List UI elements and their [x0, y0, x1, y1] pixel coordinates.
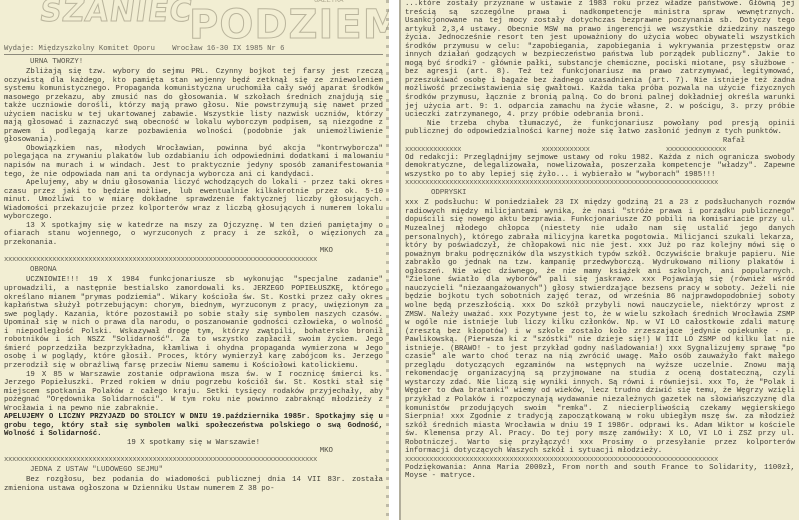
paragraph: APELUJEMY O LICZNY PRZYJAZD DO STOLICY W… [4, 413, 383, 439]
paragraph: Obowiązkiem nas, młodych Wrocławian, pow… [4, 145, 383, 179]
paragraph: Nie trzeba chyba tłumaczyć, że funkcjona… [405, 120, 795, 137]
article-law-continued: ...które zostały przyznane w ustawie z 1… [405, 0, 795, 146]
article-title: JEDNA Z USTAW "LUDOWEGO SEJMU" [30, 466, 383, 475]
separator: xxxxxxxxxxxxxxx [666, 146, 726, 154]
right-page-scan: ...które zostały przyznane w ustawie z 1… [399, 0, 799, 520]
separator: xxxxxxxxxxxxxx [405, 146, 461, 154]
article-title: OBRONA [30, 266, 383, 275]
article-signature: MKO [4, 247, 383, 256]
masthead-title-right: PODZIEMIA [189, 2, 389, 48]
left-page-scan: SZANIEC GAZETKA PODZIEMIA Wydaje: Między… [0, 0, 389, 520]
paragraph: UCZNIOWIE!!! 19 X 1984 funkcjonariusze s… [4, 276, 383, 370]
donations-note: Podziękowania: Anna Maria 2000zł, From n… [405, 464, 795, 481]
paragraph: 19 X 85 w Warszawie zostanie odprawiona … [4, 371, 383, 414]
paragraph: 13 X spotkajmy się w katedrze na mszy za… [4, 222, 383, 248]
editorial-note: Od redakcji: Przeglądnijmy sejmowe ustaw… [405, 154, 795, 180]
separator: xxxxxxxxxxxxxxxxxxxxxxxxxxxxxxxxxxxxxxxx… [405, 456, 795, 464]
separator: xxxxxxxxxxxxxxxxxxxxxxxxxxxxxxxxxxxxxxxx… [4, 256, 383, 264]
article-news: ODPRYSKI xxx Z podsłuchu: W poniedziałek… [405, 189, 795, 455]
separator: xxxxxxxxxxxxxxxxxxxxxxxxxxxxxxxxxxxxxxxx… [4, 456, 383, 464]
article-law: JEDNA Z USTAW "LUDOWEGO SEJMU" Bez rozgł… [4, 466, 383, 493]
separator: xxxxxxxxxxxx [541, 146, 589, 154]
paragraph: Zbliżają się tzw. wybory do sejmu PRL. C… [4, 68, 383, 145]
paragraph: Bez rozgłosu, bez podania do wiadomości … [4, 476, 383, 493]
masthead: SZANIEC GAZETKA PODZIEMIA [4, 0, 383, 44]
article-title: ODPRYSKI [431, 189, 795, 198]
article-title: URNA TWORZY! [30, 58, 383, 67]
paragraph: ...które zostały przyznane w ustawie z 1… [405, 0, 795, 120]
closing-line: 19 X spotkamy się w Warszawie! [4, 439, 383, 448]
article-election: URNA TWORZY! Zbliżają się tzw. wybory do… [4, 58, 383, 256]
publisher-line: Wydaje: Międzyszkolny Komitet Oporu [4, 45, 155, 53]
article-signature: MKO [4, 447, 383, 456]
paragraph: Apelujemy, aby w dniu głosowania liczyć … [4, 179, 383, 222]
paragraph: xxx Z podsłuchu: W poniedziałek 23 IX mi… [405, 199, 795, 455]
masthead-title-left: SZANIEC [38, 0, 195, 29]
separator: xxxxxxxxxxxxxxxxxxxxxxxxxxxxxxxxxxxxxxxx… [405, 179, 795, 187]
separator-short-row: xxxxxxxxxxxxxx xxxxxxxxxxxx xxxxxxxxxxxx… [405, 146, 795, 154]
article-signature: Rafał [405, 137, 795, 146]
article-popieluszko: OBRONA UCZNIOWIE!!! 19 X 1984 funkcjonar… [4, 266, 383, 456]
